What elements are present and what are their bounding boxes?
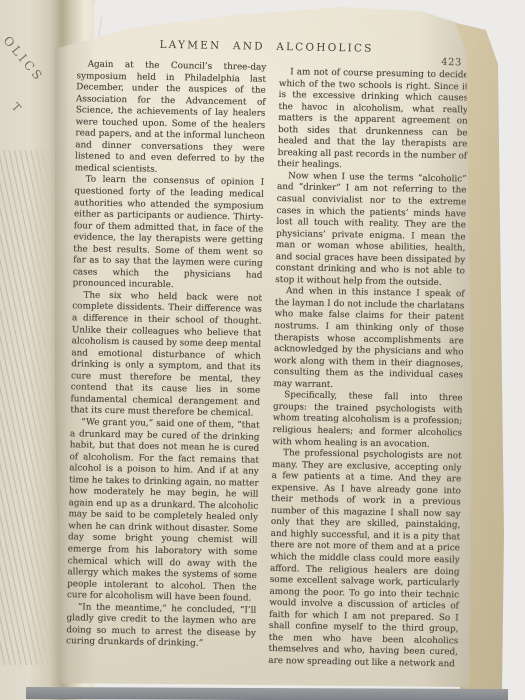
facing-page-runninghead-fragment: OLICS bbox=[0, 33, 46, 84]
book-page: LAYMEN AND ALCOHOLICS 423 Again at the C… bbox=[55, 5, 480, 691]
facing-page-text-lines bbox=[0, 150, 52, 665]
book-photo: OLICS T LAYMEN AND ALCOHOLICS 423 Again … bbox=[0, 0, 525, 700]
table-shadow bbox=[26, 687, 508, 700]
facing-page-text-fragment: T bbox=[9, 100, 26, 116]
page-right-shade bbox=[55, 5, 480, 691]
